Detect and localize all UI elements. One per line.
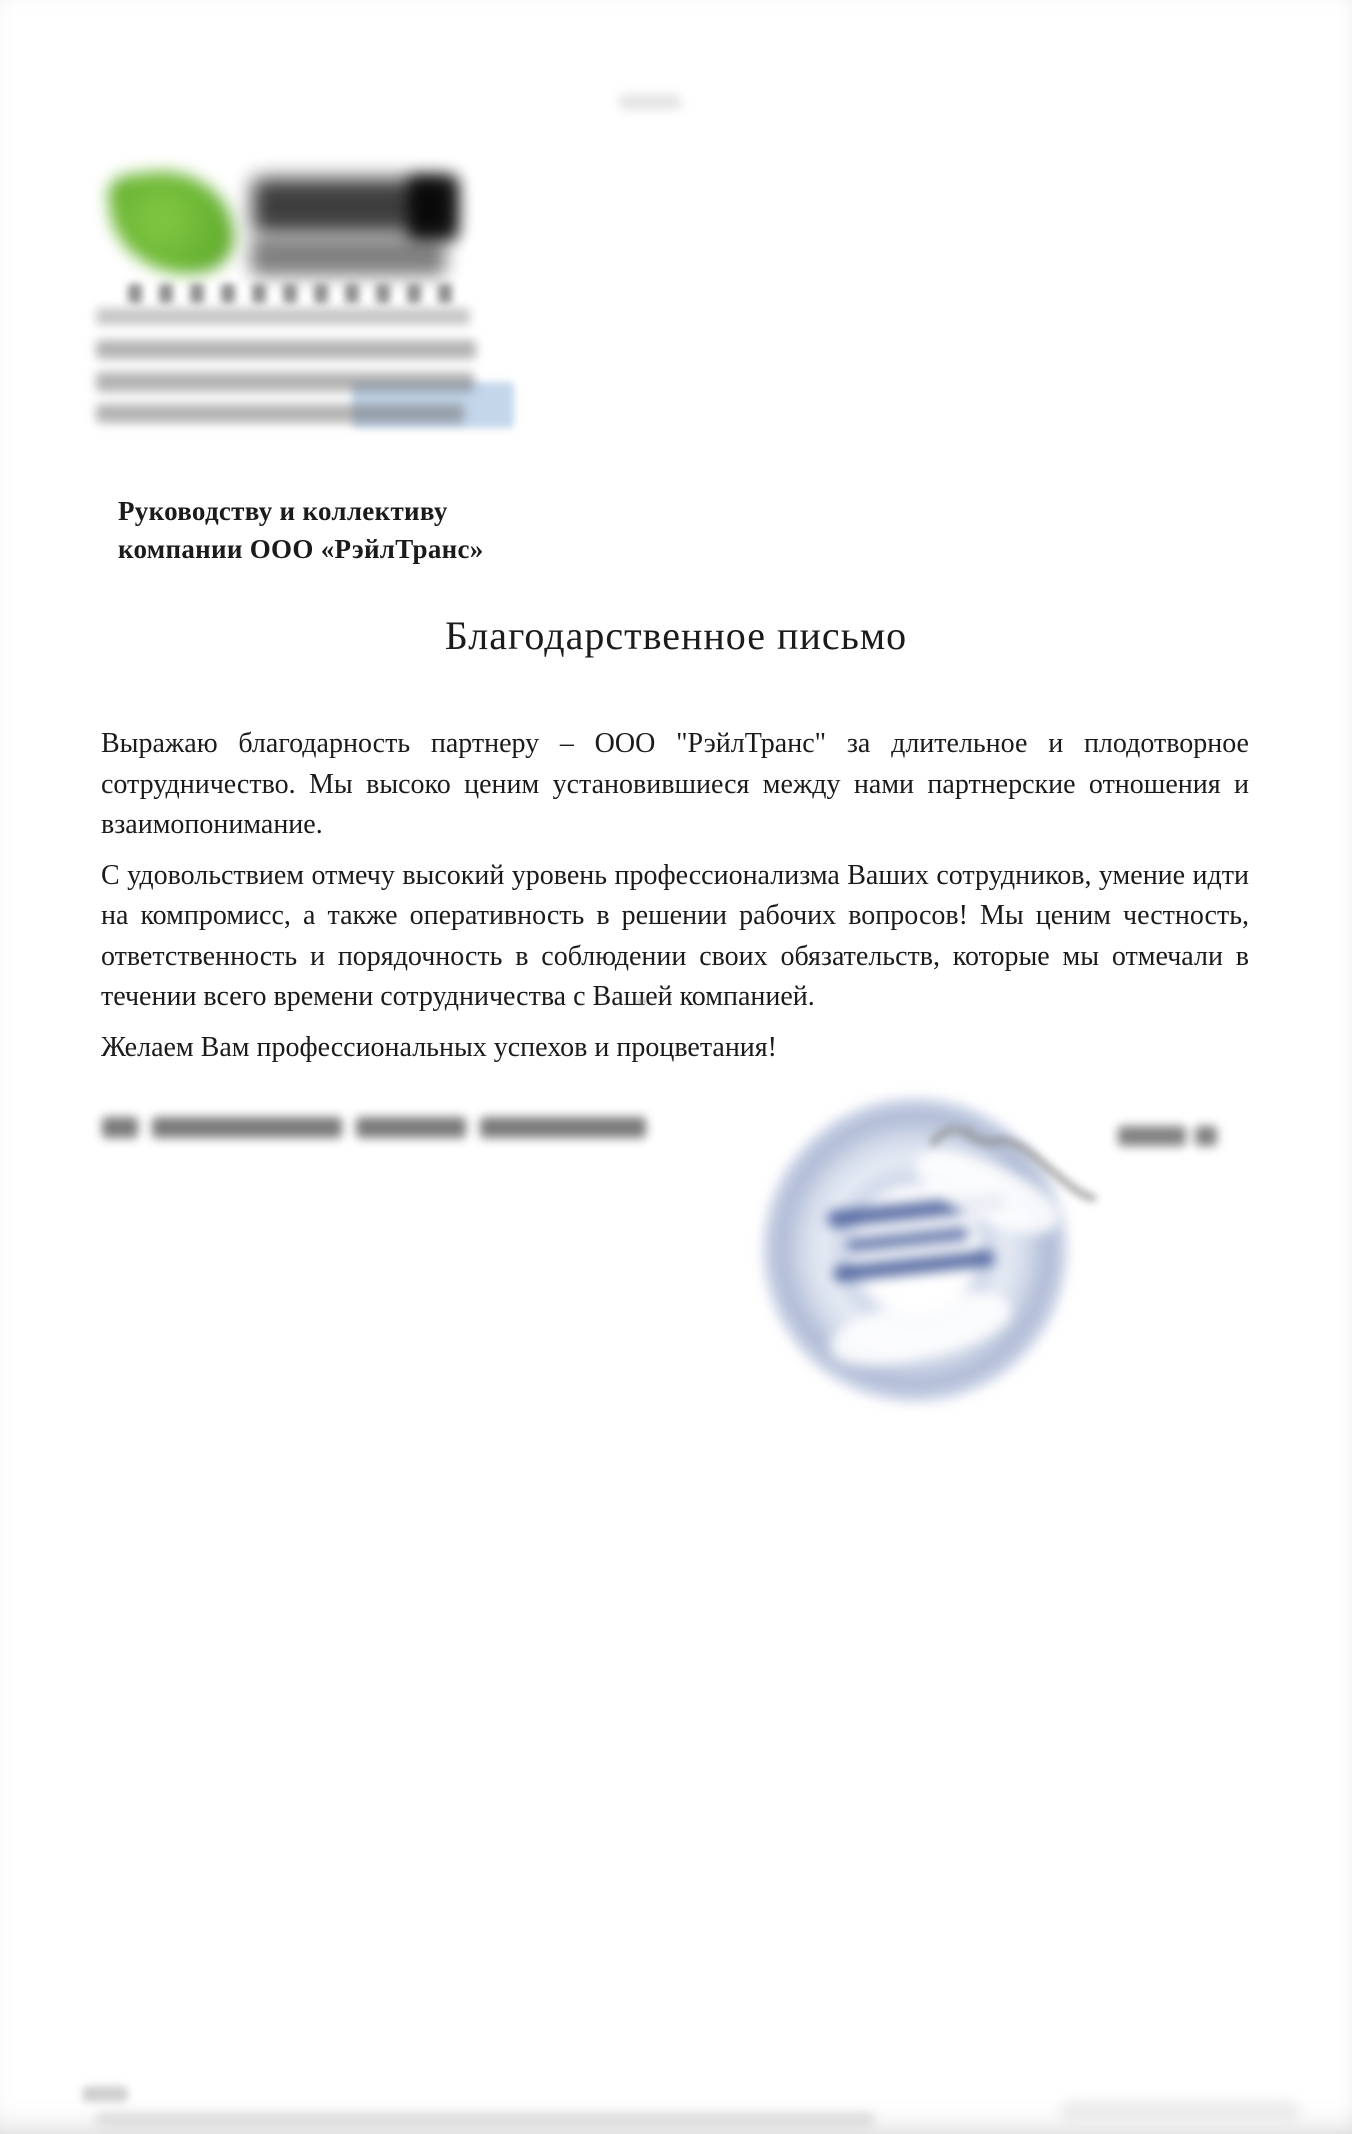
signature-word-blur	[356, 1117, 466, 1138]
signature-stroke	[928, 1112, 1108, 1217]
logo-glyph-blur	[408, 176, 458, 240]
company-logo-icon	[106, 163, 238, 283]
letter-body: Выражаю благодарность партнеру – ООО "Рэ…	[101, 724, 1249, 1078]
address-line-blur	[96, 308, 470, 325]
letter-title: Благодарственное письмо	[0, 612, 1352, 659]
recipient-block: Руководству и коллективу компании ООО «Р…	[118, 492, 484, 568]
signature-word-blur	[102, 1117, 138, 1138]
signature-word-blur	[152, 1117, 342, 1138]
recipient-line-2: компании ООО «РэйлТранс»	[118, 530, 484, 568]
address-line-blur	[96, 340, 476, 359]
signature-caption-blur	[102, 1112, 654, 1142]
scan-speck	[637, 999, 647, 1004]
scan-smudge-bottom-right	[1060, 2100, 1300, 2120]
letter-paragraph-1: Выражаю благодарность партнеру – ООО "Рэ…	[101, 724, 1249, 846]
letter-page: Руководству и коллективу компании ООО «Р…	[0, 0, 1352, 2134]
recipient-line-1: Руководству и коллективу	[118, 492, 484, 530]
signature-word-blur	[1118, 1126, 1186, 1146]
address-line-blur	[96, 372, 474, 392]
scan-smudge-top	[618, 94, 682, 110]
signature-word-blur	[1195, 1126, 1217, 1146]
letter-paragraph-2: С удовольствием отмечу высокий уровень п…	[101, 856, 1249, 1018]
logo-wordmark-blur-2	[250, 238, 446, 276]
signature-word-blur	[480, 1117, 646, 1138]
letter-paragraph-3: Желаем Вам профессиональных успехов и пр…	[101, 1028, 1249, 1069]
logo-tagline-blur	[128, 284, 464, 303]
signature-name-blur	[1118, 1124, 1222, 1147]
scan-mark-bottom-left	[82, 2086, 128, 2102]
address-line-blur	[96, 404, 464, 423]
scan-smudge-bottom	[95, 2112, 875, 2126]
